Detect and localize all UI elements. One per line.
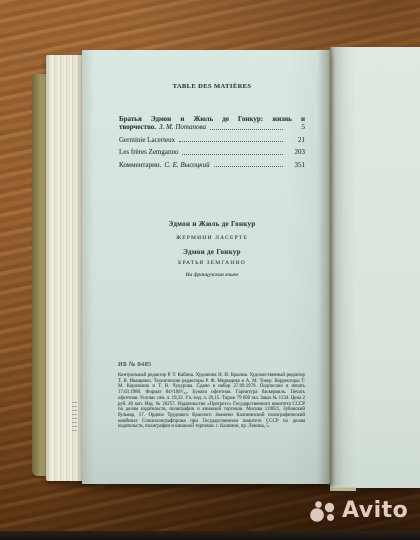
toc-entry-text: Братья Эдмон и Жюль де Гонкур: жизнь и	[119, 115, 305, 123]
avito-watermark-text: Avito	[342, 500, 408, 522]
toc-entry-text: творчество.	[119, 123, 156, 131]
half-title-section: Эдмон и Жюль де Гонкур ЖЕРМИНИ ЛАСЕРТЕ Э…	[119, 220, 305, 278]
book-authors: Эдмон и Жюль де Гонкур	[119, 220, 305, 228]
toc-entry: Les frères Zemganno 203	[119, 148, 305, 156]
dot-leader	[179, 140, 283, 142]
dot-leader	[210, 128, 283, 130]
book-title: БРАТЬЯ ЗЕМГАННО	[119, 260, 305, 266]
toc-entry: Братья Эдмон и Жюль де Гонкур: жизнь и т…	[119, 115, 305, 131]
blank-right-page	[330, 47, 420, 488]
toc-entry-text: Les frères Zemganno	[119, 148, 178, 156]
avito-logo-icon	[310, 498, 337, 525]
table-edge-shadow	[0, 531, 420, 540]
ib-number: ИБ № 8485	[118, 361, 305, 368]
book-photo: TABLE DES MATIÈRES Братья Эдмон и Жюль д…	[0, 0, 420, 540]
toc-page-number: 351	[287, 161, 305, 169]
colophon-section: ИБ № 8485 Контрольный редактор Р. Т. Каб…	[118, 361, 305, 430]
page-stack-edge	[46, 55, 83, 481]
toc-entry-text: Комментарии.	[119, 161, 161, 169]
book-authors: Эдмон де Гонкур	[119, 248, 305, 256]
dot-leader	[214, 165, 283, 167]
underpage-text-marks	[72, 402, 77, 434]
imprint-text: Контрольный редактор Р. Т. Кабина. Худож…	[118, 373, 305, 430]
toc-page-number: 203	[287, 148, 305, 156]
dot-leader	[182, 153, 283, 155]
table-of-contents-page: TABLE DES MATIÈRES Братья Эдмон и Жюль д…	[82, 50, 330, 484]
toc-page-number: 21	[287, 136, 305, 144]
toc-entry: Комментарии. С. Е. Высоцкий 351	[119, 161, 305, 169]
toc-entry-author: З. М. Потапова	[159, 123, 206, 131]
toc-title: TABLE DES MATIÈRES	[119, 83, 305, 90]
toc-entry-author: С. Е. Высоцкий	[164, 161, 209, 169]
avito-watermark: Avito	[310, 490, 408, 532]
language-note: На французском языке	[119, 272, 305, 278]
toc-entry-text: Germinie Lacerteux	[119, 136, 175, 144]
toc-entry: Germinie Lacerteux 21	[119, 136, 305, 144]
toc-section: TABLE DES MATIÈRES Братья Эдмон и Жюль д…	[119, 83, 305, 173]
book-title: ЖЕРМИНИ ЛАСЕРТЕ	[119, 235, 305, 241]
toc-page-number: 5	[287, 123, 305, 131]
